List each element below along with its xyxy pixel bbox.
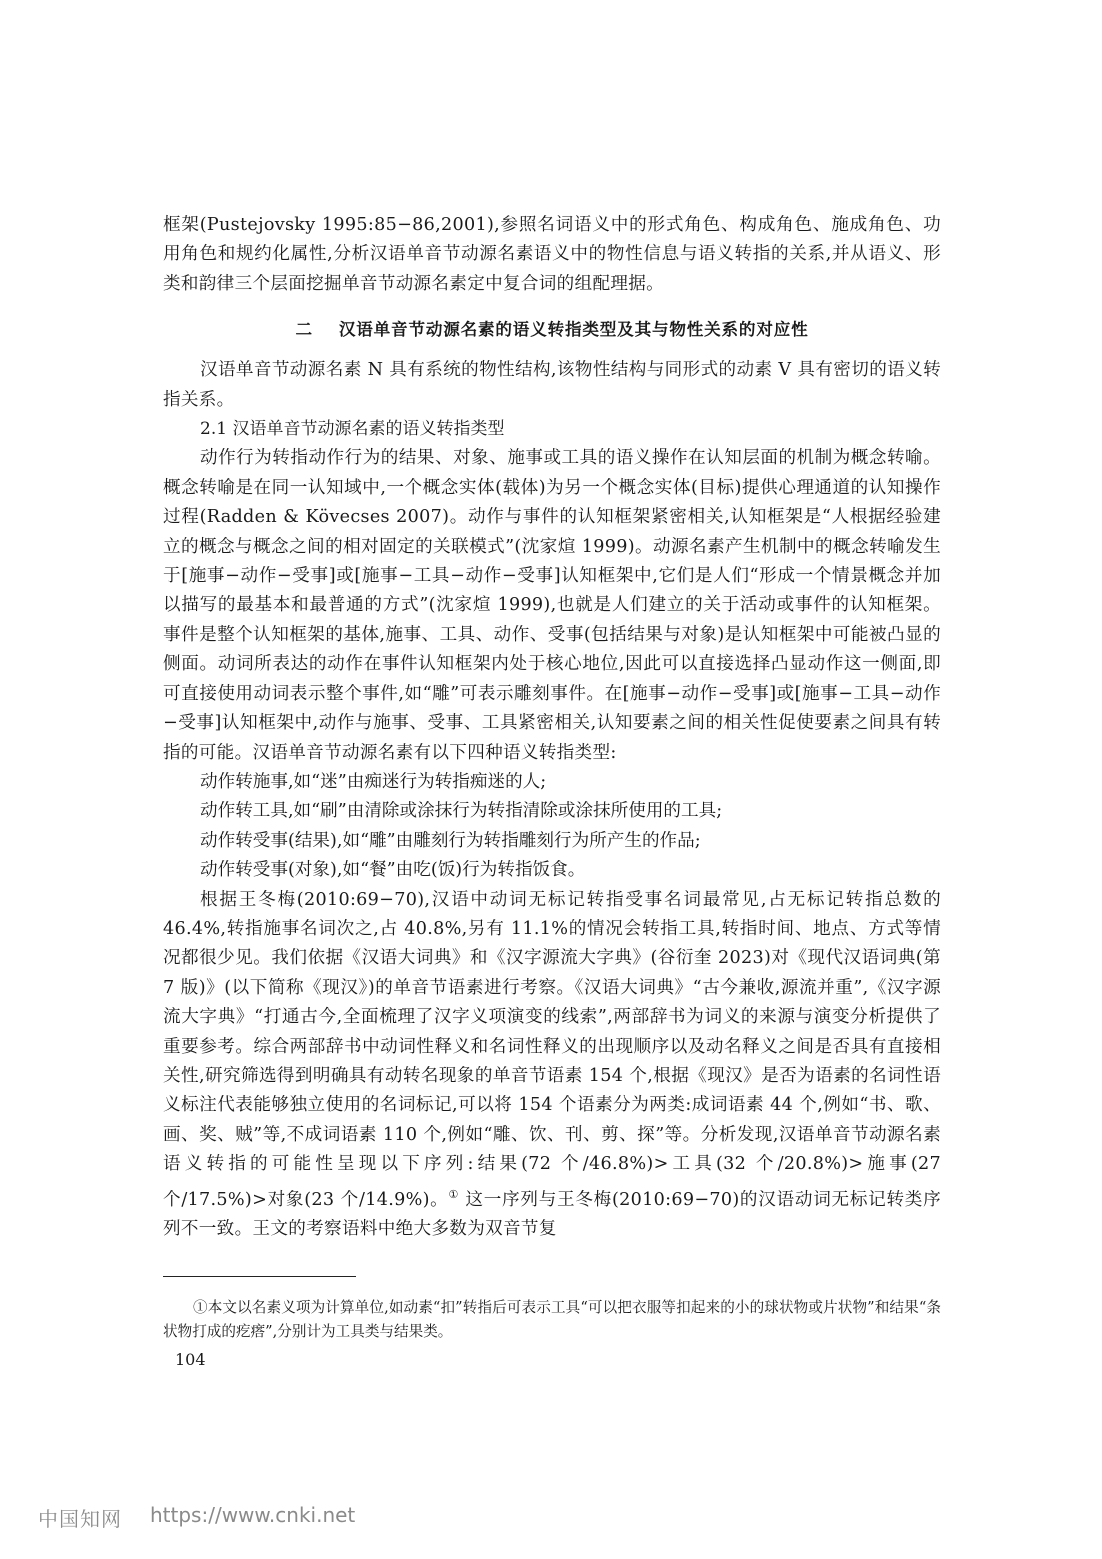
metonymy-paragraph: 动作行为转指动作行为的结果、对象、施事或工具的语义操作在认知层面的机制为概念转喻… (163, 444, 941, 767)
data-paragraph: 根据王冬梅(2010:69−70),汉语中动词无标记转指受事名词最常见,占无标记… (163, 886, 941, 1245)
subsection-title: 2.1 汉语单音节动源名素的语义转指类型 (163, 415, 941, 444)
footnote-divider (163, 1276, 356, 1277)
watermark-url: https://www.cnki.net (150, 1503, 355, 1532)
page-body: 框架(Pustejovsky 1995:85−86,2001),参照名词语义中的… (163, 211, 941, 1244)
footnote-marker[interactable]: ① (449, 1188, 460, 1201)
section-number: 二 (295, 320, 312, 339)
section-title: 汉语单音节动源名素的语义转指类型及其与物性关系的对应性 (339, 320, 809, 339)
metonymy-type-patient-result: 动作转受事(结果),如“雕”由雕刻行为转指雕刻行为所产生的作品; (163, 827, 941, 856)
watermark-brand: 中国知网 (38, 1503, 122, 1532)
metonymy-type-instrument: 动作转工具,如“刷”由清除或涂抹行为转指清除或涂抹所使用的工具; (163, 797, 941, 826)
data-paragraph-text: 根据王冬梅(2010:69−70),汉语中动词无标记转指受事名词最常见,占无标记… (163, 890, 941, 1210)
section-heading: 二汉语单音节动源名素的语义转指类型及其与物性关系的对应性 (163, 316, 941, 340)
footnote: ①本文以名素义项为计算单位,如动素“扣”转指后可表示工具“可以把衣服等扣起来的小… (163, 1296, 941, 1343)
cnki-watermark: 中国知网 https://www.cnki.net (38, 1503, 355, 1532)
metonymy-type-patient-object: 动作转受事(对象),如“餐”由吃(饭)行为转指饭食。 (163, 856, 941, 885)
intro-paragraph: 框架(Pustejovsky 1995:85−86,2001),参照名词语义中的… (163, 211, 941, 299)
metonymy-type-agent: 动作转施事,如“迷”由痴迷行为转指痴迷的人; (163, 768, 941, 797)
page-number: 104 (175, 1350, 206, 1369)
section-intro-paragraph: 汉语单音节动源名素 N 具有系统的物性结构,该物性结构与同形式的动素 V 具有密… (163, 356, 941, 415)
